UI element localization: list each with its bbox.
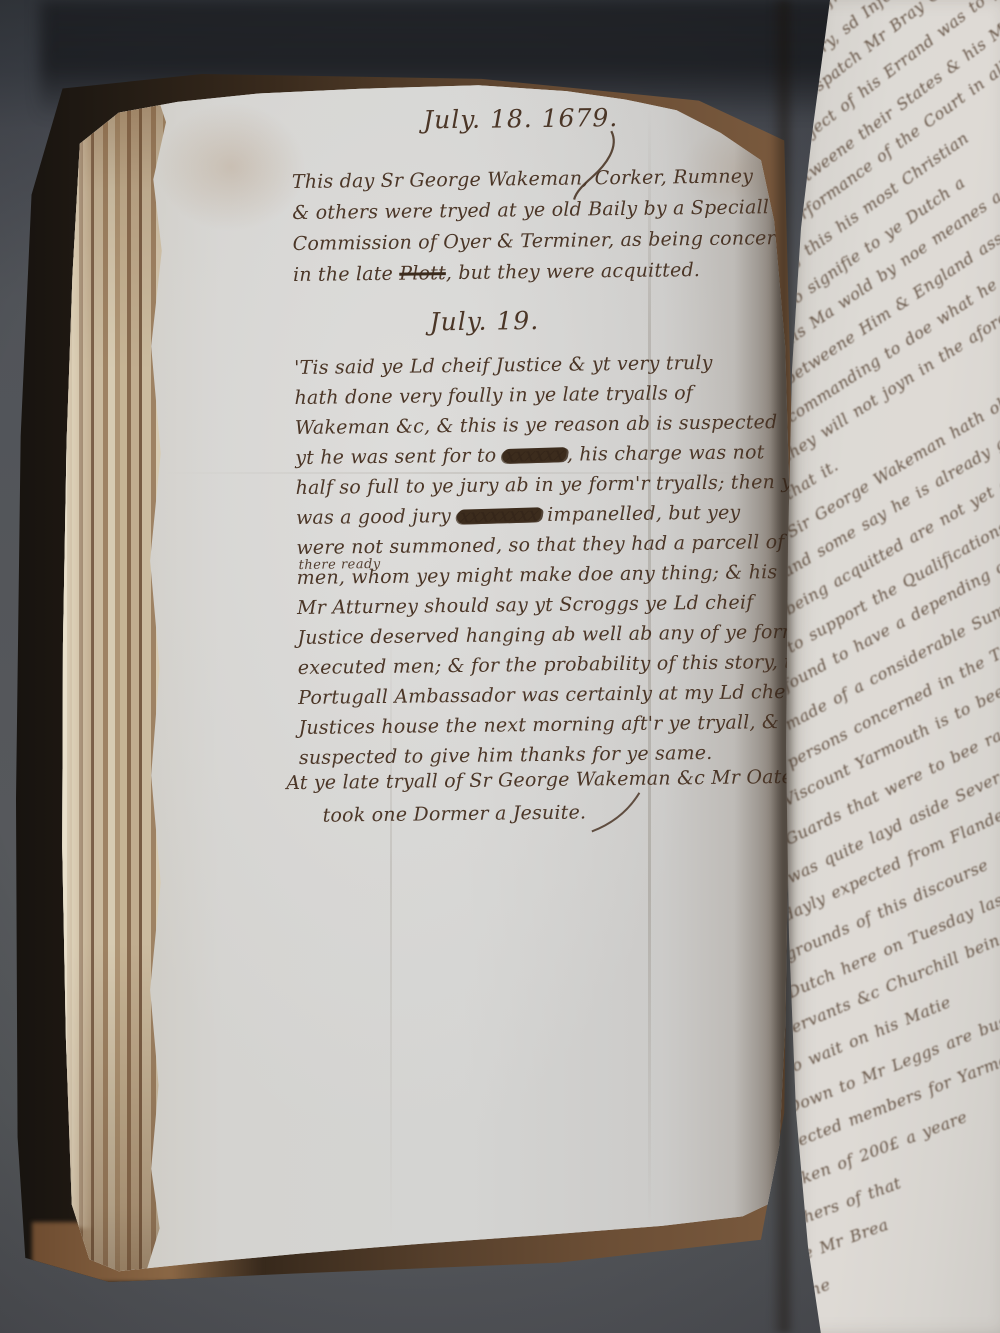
gutter-seam-shadow [770,0,796,1333]
text-segment: impanelled, but yey [541,502,741,526]
entry-paragraph: 'Tis said ye Ld cheif Justice & yt very … [294,346,831,772]
left-page: July. 18. 1679. This day Sr George Wakem… [60,84,794,1276]
entry-date-heading: July. 19. [429,306,539,336]
text-segment: , but they were acquitted. [446,259,701,284]
manuscript-photo: July. 18. 1679. This day Sr George Wakem… [0,0,1000,1333]
right-page: Jul.came from Paris that arrihistory, sd… [778,0,1000,1333]
paper-stain [156,102,306,232]
inked-out-word: xxxxxxxx [456,507,542,524]
entry-paragraph: At ye late tryall of Sr George Wakeman &… [286,761,803,833]
text-segment: in the late [293,263,399,286]
text-segment: was a good jury [296,505,457,529]
struck-word: Plott [399,262,446,285]
entry-paragraph: This day Sr George Wakeman, Corker, Rumn… [292,161,813,291]
text-segment: yt he was sent for to [295,444,503,469]
manuscript-line: took one Dormer a Jesuite. [322,794,803,833]
text-segment: , his charge was not [567,441,765,465]
manuscript-text: July. 18. 1679. This day Sr George Wakem… [291,97,791,1263]
manuscript-line: in the late Plott, but they were acquitt… [293,254,813,291]
inked-out-word: xxxxxx [501,447,568,463]
pen-flourish [585,789,646,836]
interlinear-insertion: there ready [298,550,381,581]
